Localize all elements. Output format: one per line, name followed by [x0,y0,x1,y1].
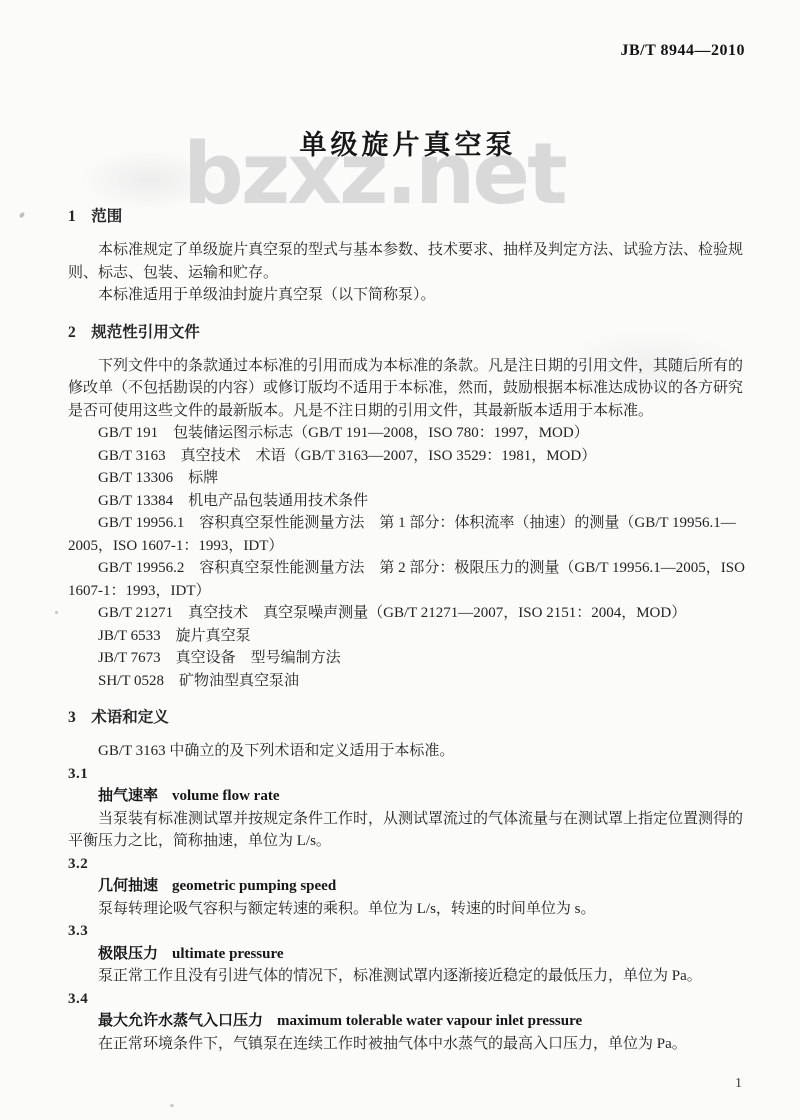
section-3-intro: GB/T 3163 中确立的及下列术语和定义适用于本标准。 [68,740,748,763]
clause-number: 3.1 [68,763,748,786]
clause-number: 3.2 [68,853,748,876]
reference-item: GB/T 13306 标牌 [68,467,748,490]
term-en: geometric pumping speed [172,878,336,894]
reference-item: JB/T 6533 旋片真空泵 [68,625,748,648]
reference-item: GB/T 3163 真空技术 术语（GB/T 3163—2007，ISO 352… [68,445,748,468]
document-title: 单级旋片真空泵 [68,128,748,162]
section-1-paragraph: 本标准规定了单级旋片真空泵的型式与基本参数、技术要求、抽样及判定方法、试验方法、… [68,239,748,284]
page-number: 1 [735,1076,742,1092]
section-1-heading: 1 范围 [68,205,748,229]
term-zh: 几何抽速 [98,878,158,894]
scan-speck [55,611,58,614]
clause-definition: 在正常环境条件下，气镇泵在连续工作时被抽气体中水蒸气的最高入口压力，单位为 Pa… [68,1033,748,1056]
term-line: 抽气速率volume flow rate [68,785,748,808]
reference-item: GB/T 19956.1 容积真空泵性能测量方法 第 1 部分：体积流率（抽速）… [68,512,748,557]
clause-number: 3.4 [68,988,748,1011]
term-line: 极限压力ultimate pressure [68,943,748,966]
clause-number: 3.3 [68,920,748,943]
term-en: maximum tolerable water vapour inlet pre… [277,1013,582,1029]
document-page: JB/T 8944—2010 bzxz.net 单级旋片真空泵 1 范围 本标准… [0,0,800,1120]
reference-item: GB/T 13384 机电产品包装通用技术条件 [68,490,748,513]
section-1-paragraph: 本标准适用于单级油封旋片真空泵（以下简称泵）。 [68,284,748,307]
reference-item: GB/T 191 包装储运图示标志（GB/T 191—2008，ISO 780：… [68,422,748,445]
term-en: volume flow rate [172,788,279,804]
reference-item: JB/T 7673 真空设备 型号编制方法 [68,647,748,670]
clause-3-2: 3.2 几何抽速geometric pumping speed 泵每转理论吸气容… [68,853,748,921]
term-line: 几何抽速geometric pumping speed [68,875,748,898]
clause-definition: 当泵装有标准测试罩并按规定条件工作时，从测试罩流过的气体流量与在测试罩上指定位置… [68,808,748,853]
page-content: 单级旋片真空泵 1 范围 本标准规定了单级旋片真空泵的型式与基本参数、技术要求、… [0,0,800,1055]
term-line: 最大允许水蒸气入口压力maximum tolerable water vapou… [68,1010,748,1033]
term-en: ultimate pressure [172,946,284,962]
reference-item: GB/T 21271 真空技术 真空泵噪声测量（GB/T 21271—2007，… [68,602,748,625]
reference-item: SH/T 0528 矿物油型真空泵油 [68,670,748,693]
scan-speck [170,1103,175,1107]
clause-3-3: 3.3 极限压力ultimate pressure 泵正常工作且没有引进气体的情… [68,920,748,988]
section-3-heading: 3 术语和定义 [68,706,748,730]
term-zh: 极限压力 [98,946,158,962]
clause-3-1: 3.1 抽气速率volume flow rate 当泵装有标准测试罩并按规定条件… [68,763,748,853]
reference-item: GB/T 19956.2 容积真空泵性能测量方法 第 2 部分：极限压力的测量（… [68,557,748,602]
clause-3-4: 3.4 最大允许水蒸气入口压力maximum tolerable water v… [68,988,748,1056]
clause-definition: 泵正常工作且没有引进气体的情况下，标准测试罩内逐渐接近稳定的最低压力，单位为 P… [68,965,748,988]
clause-definition: 泵每转理论吸气容积与额定转速的乘积。单位为 L/s，转速的时间单位为 s。 [68,898,748,921]
section-2-intro: 下列文件中的条款通过本标准的引用而成为本标准的条款。凡是注日期的引用文件，其随后… [68,355,748,423]
term-zh: 抽气速率 [98,788,158,804]
section-2-heading: 2 规范性引用文件 [68,321,748,345]
term-zh: 最大允许水蒸气入口压力 [98,1013,263,1029]
